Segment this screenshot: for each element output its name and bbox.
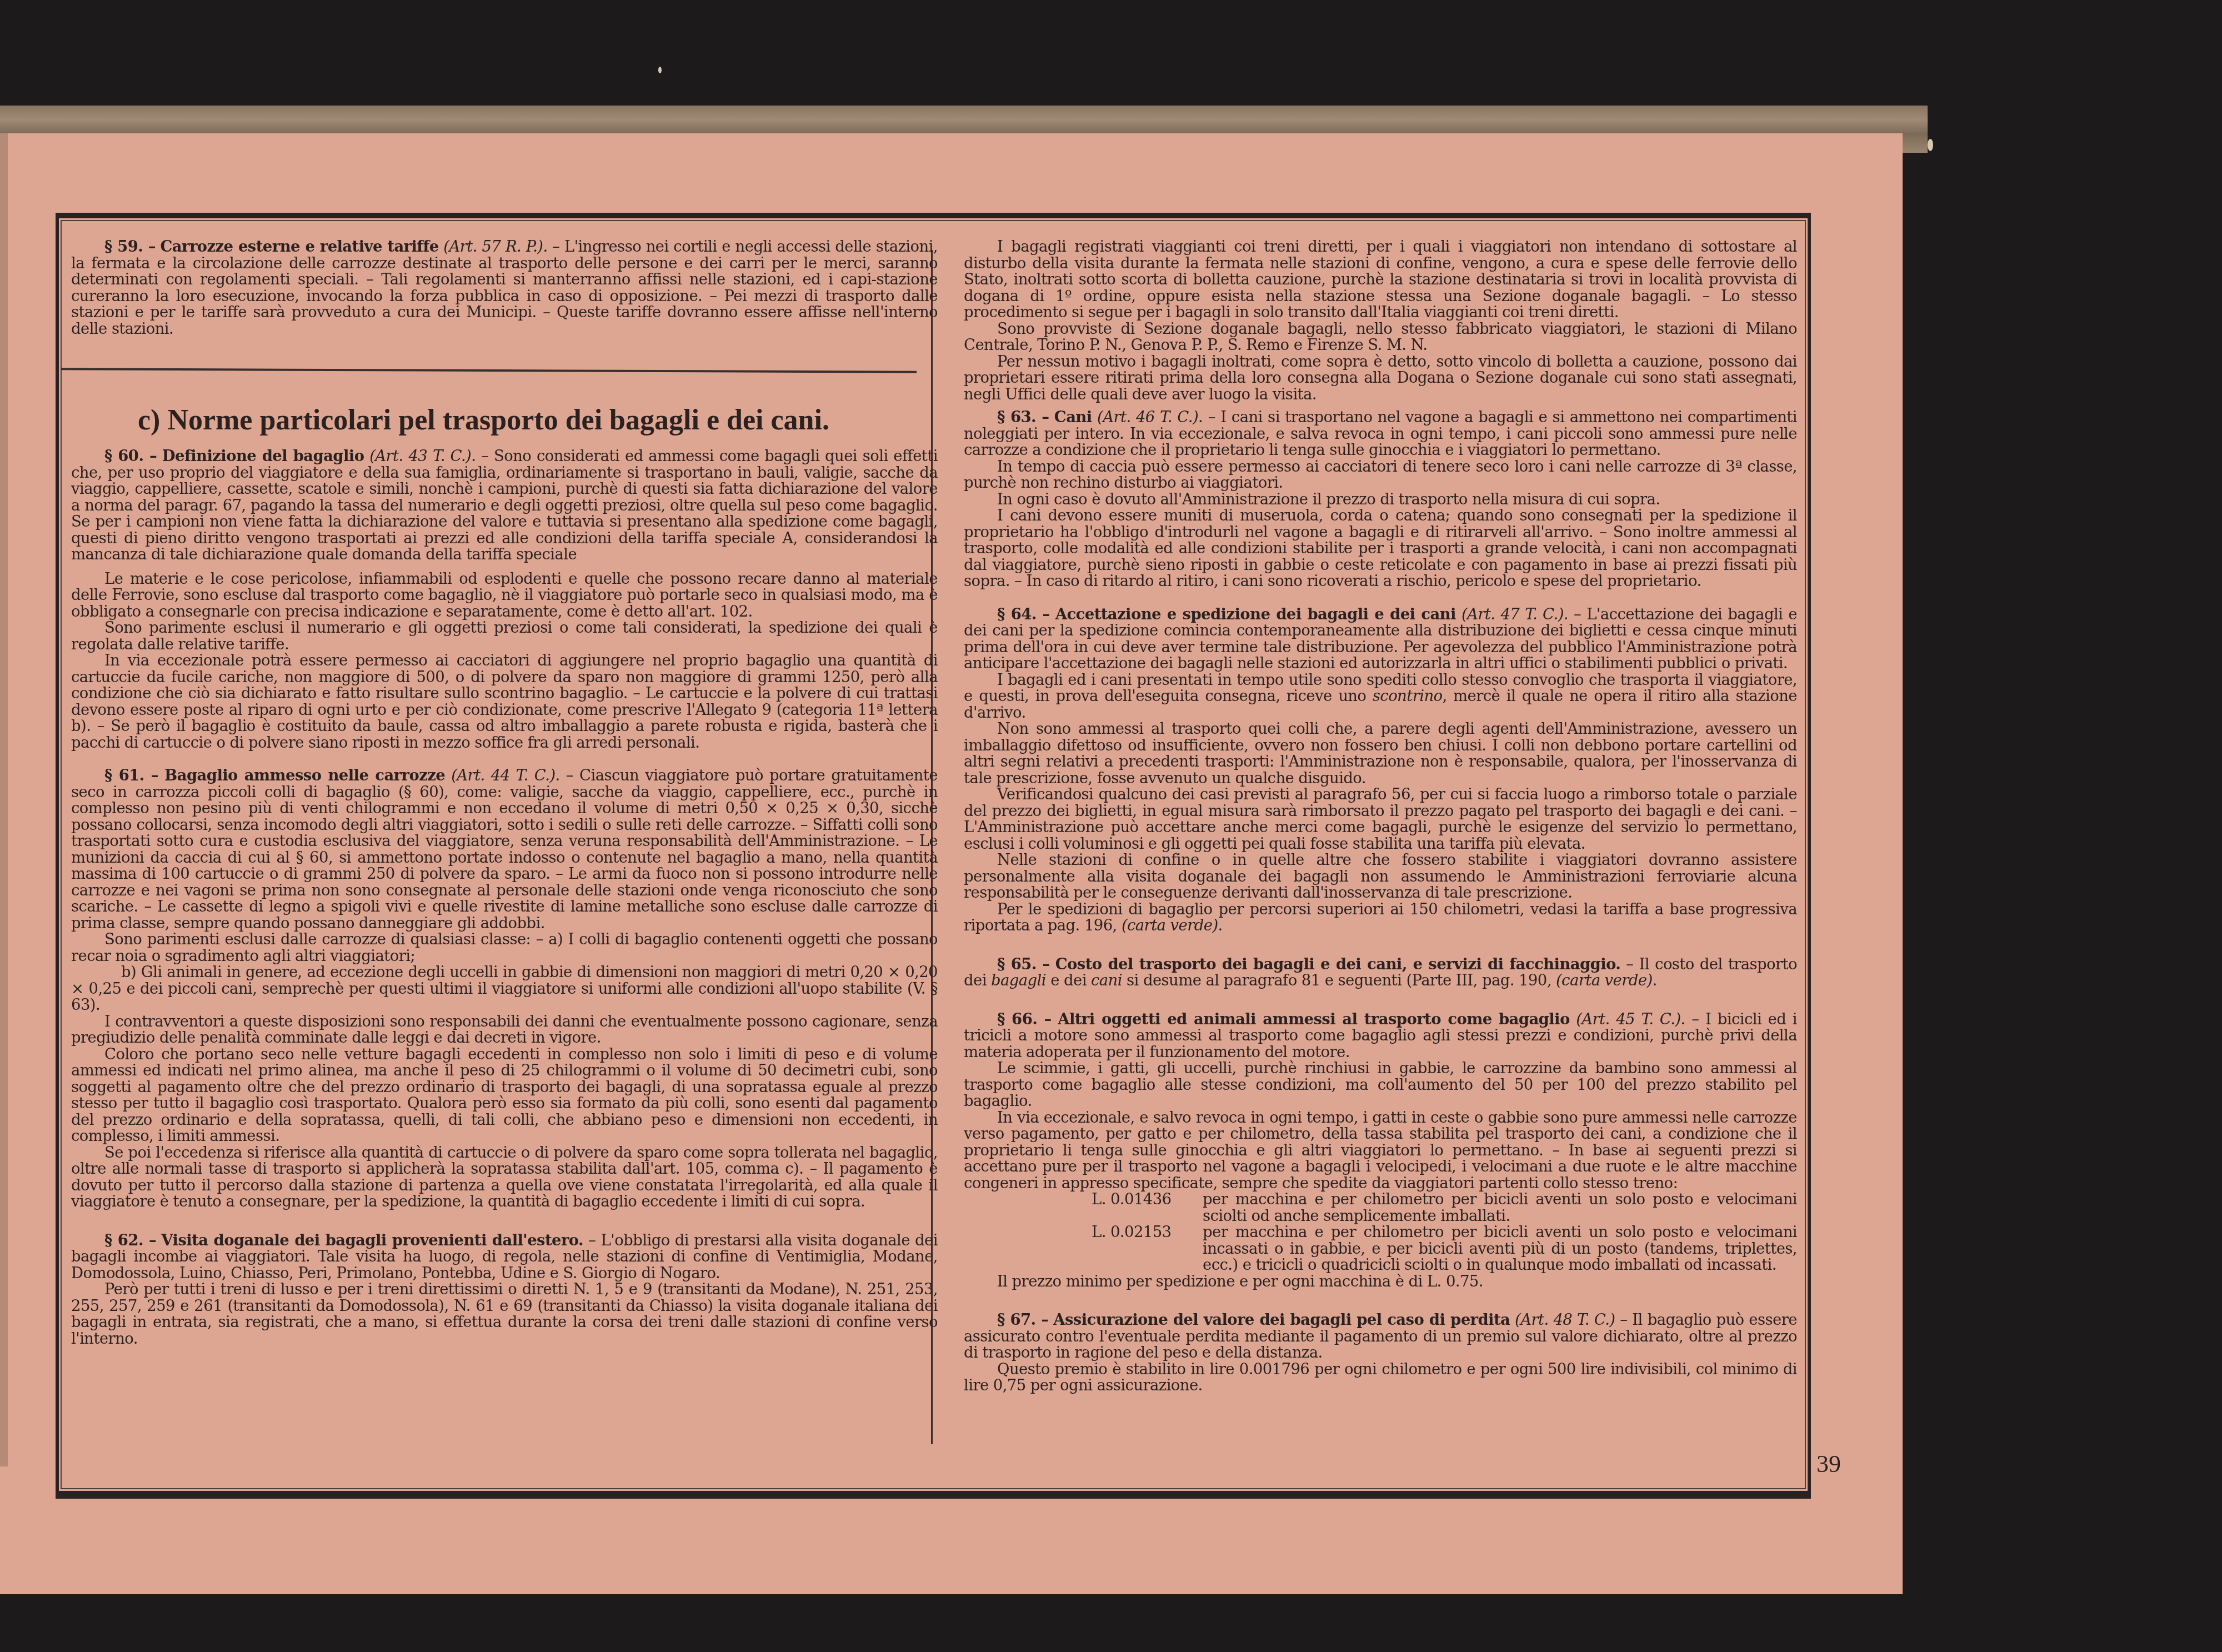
section-67: § 67. – Assicurazione del valore dei bag… xyxy=(964,1312,1797,1361)
paragraph: Per nessun motivo i bagagli inoltrati, c… xyxy=(964,354,1797,403)
section-title: Assicurazione del valore dei bagagli pel… xyxy=(1053,1311,1510,1329)
section-title: Altri oggetti ed animali ammessi al tras… xyxy=(1058,1010,1570,1028)
section-66: § 66. – Altri oggetti ed animali ammessi… xyxy=(964,1012,1797,1061)
italic-term: bagagli xyxy=(991,972,1046,989)
right-column: I bagagli registrati viaggianti coi tren… xyxy=(964,239,1797,1394)
section-65: § 65. – Costo del trasporto dei bagagli … xyxy=(964,957,1797,989)
paragraph: Sono parimente esclusi il numerario e gl… xyxy=(71,620,938,653)
article-reference: (Art. 48 T. C.) xyxy=(1515,1311,1615,1329)
italic-term: scontrino xyxy=(1373,687,1443,705)
section-title: Cani xyxy=(1054,408,1092,426)
section-number: § 61. – xyxy=(104,767,158,784)
section-number: § 64. – xyxy=(997,605,1050,623)
previous-page-edge xyxy=(0,133,8,1466)
paragraph: In via eccezionale potrà essere permesso… xyxy=(71,653,938,751)
italic-term: cani xyxy=(1091,972,1122,989)
paragraph: Verificandosi qualcuno dei casi previsti… xyxy=(964,787,1797,852)
paragraph: b) Gli animali in genere, ad eccezione d… xyxy=(71,964,938,1014)
dust-speck xyxy=(1928,139,1933,151)
section-number: § 59. – xyxy=(104,238,156,256)
paragraph: I cani devono essere muniti di museruola… xyxy=(964,508,1797,590)
italic-term: (carta verde) xyxy=(1122,917,1218,934)
section-number: § 62. – xyxy=(104,1232,156,1249)
paragraph: Per le spedizioni di bagaglio per percor… xyxy=(964,902,1797,934)
section-59: § 59. – Carrozze esterne e relative tari… xyxy=(71,239,938,337)
paragraph: Il prezzo minimo per spedizione e per og… xyxy=(964,1274,1797,1290)
section-60: § 60. – Definizione del bagaglio (Art. 4… xyxy=(71,448,938,563)
section-number: § 60. – xyxy=(104,447,157,465)
section-64: § 64. – Accettazione e spedizione dei ba… xyxy=(964,607,1797,672)
article-reference: (Art. 46 T. C.). xyxy=(1097,408,1203,426)
section-62: § 62. – Visita doganale dei bagagli prov… xyxy=(71,1233,938,1282)
text-run: . xyxy=(1653,972,1657,989)
tariff-amount: L. 0.02153 xyxy=(1092,1224,1203,1274)
section-title: Carrozze esterne e relative tariffe xyxy=(161,238,439,256)
tariff-row: L. 0.02153 per macchina e per chilometro… xyxy=(1092,1224,1797,1274)
tariff-description: per macchina e per chilometro per bicicl… xyxy=(1203,1224,1797,1274)
text-run: si desume al paragrafo 81 e seguenti (Pa… xyxy=(1122,972,1556,989)
article-reference: (Art. 45 T. C.). xyxy=(1576,1010,1685,1028)
page-number: 39 xyxy=(1816,1450,1841,1478)
italic-term: (carta verde) xyxy=(1556,972,1653,989)
paragraph: Le scimmie, i gatti, gli uccelli, purchè… xyxy=(964,1060,1797,1110)
paragraph: Se poi l'eccedenza si riferisce alla qua… xyxy=(71,1145,938,1210)
chapter-heading: c) Norme particolari pel trasporto dei b… xyxy=(138,404,938,437)
paragraph: Però per tutti i treni di lusso e per i … xyxy=(71,1281,938,1347)
section-number: § 67. – xyxy=(997,1311,1048,1329)
paragraph: I contravventori a queste disposizioni s… xyxy=(71,1014,938,1047)
paragraph: Coloro che portano seco nelle vetture ba… xyxy=(71,1047,938,1145)
paragraph: Questo premio è stabilito in lire 0.0017… xyxy=(964,1361,1797,1394)
text-run: e dei xyxy=(1046,972,1091,989)
text-run: Per le spedizioni di bagaglio per percor… xyxy=(964,900,1797,935)
article-reference: (Art. 44 T. C.). xyxy=(451,767,559,784)
tariff-row: L. 0.01436 per macchina e per chilometro… xyxy=(1092,1192,1797,1224)
article-reference: (Art. 47 T. C.). xyxy=(1462,605,1568,623)
section-title: Bagaglio ammesso nelle carrozze xyxy=(164,767,445,784)
section-63: § 63. – Cani (Art. 46 T. C.). – I cani s… xyxy=(964,409,1797,459)
text-run: . xyxy=(1218,917,1223,934)
section-61: § 61. – Bagaglio ammesso nelle carrozze … xyxy=(71,768,938,932)
section-title: Accettazione e spedizione dei bagagli e … xyxy=(1055,605,1456,623)
section-title: Visita doganale dei bagagli provenienti … xyxy=(161,1232,583,1249)
section-number: § 63. – xyxy=(997,408,1049,426)
section-title: Costo del trasporto dei bagagli e dei ca… xyxy=(1055,955,1620,973)
paragraph: In ogni caso è dovuto all'Amministrazion… xyxy=(964,492,1797,508)
section-text: – Sono considerati ed ammessi come bagag… xyxy=(71,447,938,563)
paragraph: Non sono ammessi al trasporto quei colli… xyxy=(964,721,1797,787)
paragraph: In via eccezionale, e salvo revoca in og… xyxy=(964,1110,1797,1192)
paragraph: In tempo di caccia può essere permesso a… xyxy=(964,459,1797,492)
section-number: § 65. – xyxy=(997,955,1050,973)
article-reference: (Art. 43 T. C.). xyxy=(369,447,476,465)
section-number: § 66. – xyxy=(997,1010,1052,1028)
section-text: – Ciascun viaggiatore può portare gratui… xyxy=(71,767,938,932)
section-title: Definizione del bagaglio xyxy=(162,447,364,465)
left-column: § 59. – Carrozze esterne e relative tari… xyxy=(71,239,938,1347)
paragraph: I bagagli registrati viaggianti coi tren… xyxy=(964,239,1797,321)
tariff-amount: L. 0.01436 xyxy=(1092,1192,1203,1224)
paragraph: Sono provviste di Sezione doganale bagag… xyxy=(964,321,1797,354)
paragraph: Nelle stazioni di confine o in quelle al… xyxy=(964,852,1797,902)
paragraph: Sono parimenti esclusi dalle carrozze di… xyxy=(71,932,938,964)
dust-speck xyxy=(658,67,662,73)
paragraph: I bagagli ed i cani presentati in tempo … xyxy=(964,672,1797,722)
article-reference: (Art. 57 R. P.). xyxy=(443,238,547,256)
paragraph: Le materie e le cose pericolose, infiamm… xyxy=(71,571,938,620)
tariff-description: per macchina e per chilometro per bicicl… xyxy=(1203,1192,1797,1224)
